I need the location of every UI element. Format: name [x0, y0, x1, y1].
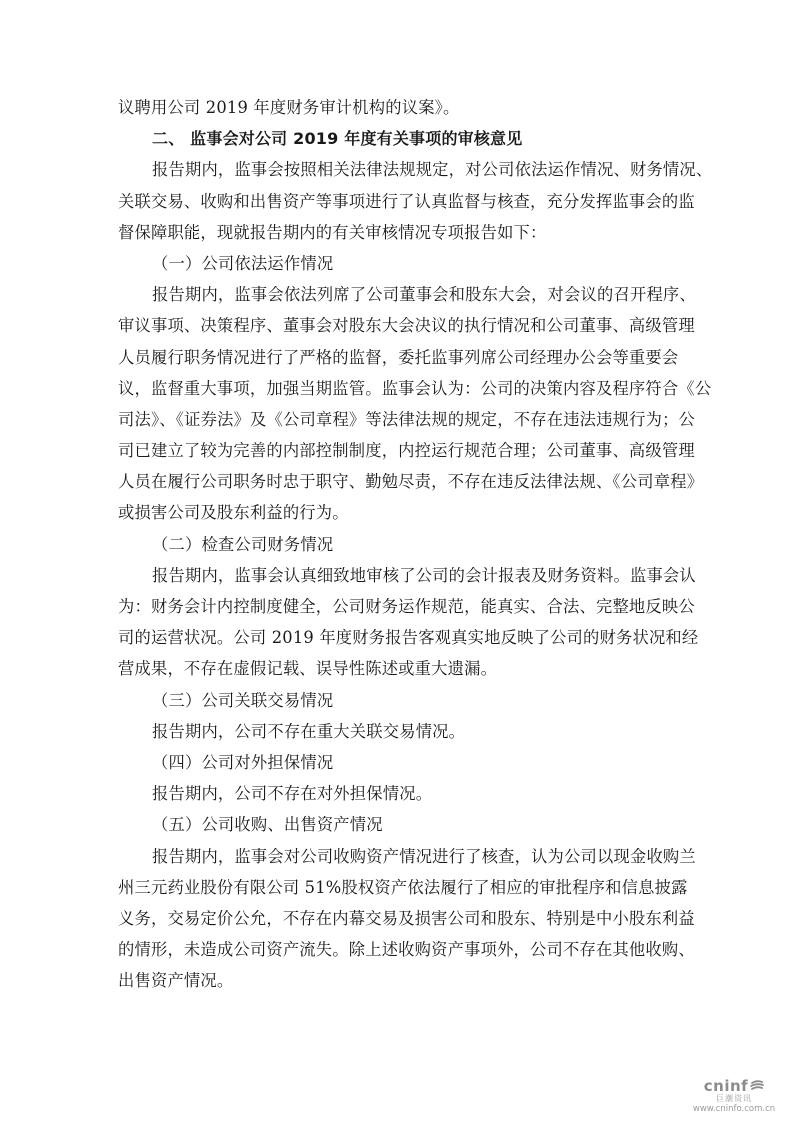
text-line: 州三元药业股份有限公司 51%股权资产依法履行了相应的审批程序和信息披露	[118, 872, 674, 903]
text-line: 二、 监事会对公司 2019 年度有关事项的审核意见	[118, 123, 674, 154]
text-line: 报告期内，公司不存在重大关联交易情况。	[118, 716, 674, 747]
text-line: 报告期内，监事会认真细致地审核了公司的会计报表及财务资料。监事会认	[118, 560, 674, 591]
text-line: 报告期内，监事会按照相关法律法规规定，对公司依法运作情况、财务情况、	[118, 154, 674, 185]
text-line: 或损害公司及股东利益的行为。	[118, 497, 674, 528]
logo-chinese-name: 巨潮资讯	[689, 1093, 779, 1104]
text-line: 为：财务会计内控制度健全，公司财务运作规范，能真实、合法、完整地反映公	[118, 591, 674, 622]
text-line: 报告期内，监事会依法列席了公司董事会和股东大会，对会议的召开程序、	[118, 279, 674, 310]
text-line: （一）公司依法运作情况	[118, 248, 674, 279]
text-line: 议聘用公司 2019 年度财务审计机构的议案》。	[118, 92, 674, 123]
text-line: （二）检查公司财务情况	[118, 529, 674, 560]
text-line: 报告期内，监事会对公司收购资产情况进行了核查，认为公司以现金收购兰	[118, 841, 674, 872]
text-line: 议，监督重大事项，加强当期监管。监事会认为：公司的决策内容及程序符合《公	[118, 373, 674, 404]
text-line: 报告期内，公司不存在对外担保情况。	[118, 778, 674, 809]
text-line: 司已建立了较为完善的内部控制制度，内控运行规范合理；公司董事、高级管理	[118, 435, 674, 466]
text-line: 审议事项、决策程序、董事会对股东大会决议的执行情况和公司董事、高级管理	[118, 310, 674, 341]
text-line: 营成果，不存在虚假记载、误导性陈述或重大遗漏。	[118, 653, 674, 684]
text-line: 人员履行职务情况进行了严格的监督，委托监事列席公司经理办公会等重要会	[118, 342, 674, 373]
swirl-logo-icon	[750, 1080, 764, 1092]
text-line: 人员在履行公司职务时忠于职守、勤勉尽责，不存在违反法律法规、《公司章程》	[118, 466, 674, 497]
text-line: 关联交易、收购和出售资产等事项进行了认真监督与核查，充分发挥监事会的监	[118, 186, 674, 217]
text-line: 司的运营状况。公司 2019 年度财务报告客观真实地反映了公司的财务状况和经	[118, 622, 674, 653]
text-line: 的情形，未造成公司资产流失。除上述收购资产事项外，公司不存在其他收购、	[118, 934, 674, 965]
text-line: 司法》、《证券法》及《公司章程》等法律法规的规定，不存在违法违规行为；公	[118, 404, 674, 435]
cninfo-logo: cninf 巨潮资讯 www.cninfo.com.cn	[689, 1077, 779, 1114]
text-line: （四）公司对外担保情况	[118, 747, 674, 778]
text-line: （三）公司关联交易情况	[118, 685, 674, 716]
document-page: 议聘用公司 2019 年度财务审计机构的议案》。 二、 监事会对公司 2019 …	[118, 92, 674, 996]
footer-url: www.cninfo.com.cn	[689, 1104, 779, 1114]
text-line: 督保障职能，现就报告期内的有关审核情况专项报告如下：	[118, 217, 674, 248]
text-line: （五）公司收购、出售资产情况	[118, 809, 674, 840]
text-line: 出售资产情况。	[118, 965, 674, 996]
text-line: 义务，交易定价公允，不存在内幕交易及损害公司和股东、特别是中小股东利益	[118, 903, 674, 934]
